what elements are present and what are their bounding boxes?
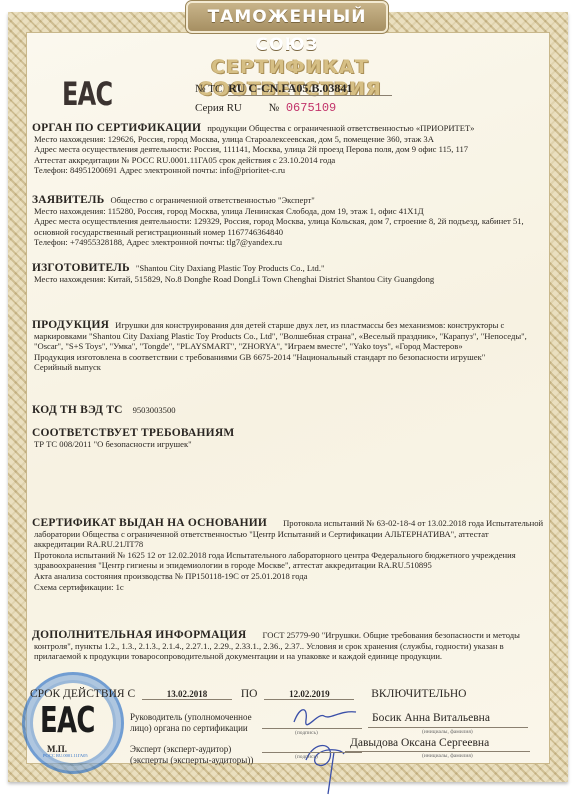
hs-code-value: 9503003500 bbox=[133, 405, 176, 415]
serial-label: № bbox=[269, 102, 280, 114]
section-line: Адрес места осуществления деятельности: … bbox=[32, 216, 549, 227]
stamp-text: РОСС RU.0001.11ГА05 bbox=[43, 753, 88, 758]
section-lead: Общество с ограниченной ответственностью… bbox=[110, 195, 314, 205]
head-name-line bbox=[368, 727, 528, 728]
tc-label: № ТС bbox=[195, 83, 222, 95]
tc-number: № ТС RU C-CN.ГА05.В.03841 bbox=[195, 81, 392, 96]
section-heading: КОД ТН ВЭД ТС bbox=[32, 405, 123, 416]
expert-signature-caption: (подпись) bbox=[295, 754, 318, 760]
head-signature-caption: (подпись) bbox=[295, 730, 318, 736]
manufacturer-section: ИЗГОТОВИТЕЛЬ"Shantou City Daxiang Plasti… bbox=[32, 263, 549, 284]
section-line: Адрес места осуществления деятельности: … bbox=[32, 144, 549, 155]
head-role-line-1: Руководитель (уполномоченное bbox=[130, 712, 253, 723]
section-heading: СЕРТИФИКАТ ВЫДАН НА ОСНОВАНИИ bbox=[32, 518, 267, 529]
validity-to-label: ПО bbox=[241, 688, 258, 700]
head-signature-line bbox=[262, 728, 362, 729]
head-signature-icon bbox=[290, 704, 360, 730]
expert-role-line-1: Эксперт (эксперт-аудитор) bbox=[130, 744, 253, 755]
validity-to-date: 12.02.2019 bbox=[264, 689, 354, 700]
customs-union-badge: ТАМОЖЕННЫЙ СОЮЗ bbox=[186, 1, 388, 33]
validity-from-date: 13.02.2018 bbox=[142, 689, 232, 700]
conformity-section: СООТВЕТСТВУЕТ ТРЕБОВАНИЯМ ТР ТС 008/2011… bbox=[32, 428, 549, 449]
section-line: Продукция изготовлена в соответствии с т… bbox=[32, 352, 549, 363]
section-heading: ПРОДУКЦИЯ bbox=[32, 320, 109, 331]
section-line: Аттестат аккредитации № РОСС RU.0001.11Г… bbox=[32, 155, 549, 166]
section-lead: Протокола испытаний № 63-02-18-4 от 13.0… bbox=[283, 518, 543, 528]
expert-role-line-2: (эксперты (эксперты-аудиторы)) bbox=[130, 755, 253, 766]
section-lead: продукции Общества с ограниченной ответс… bbox=[207, 123, 474, 133]
serial-number: 0675109 bbox=[286, 101, 336, 115]
tc-value: RU C-CN.ГА05.В.03841 bbox=[228, 81, 392, 96]
section-heading: ОРГАН ПО СЕРТИФИКАЦИИ bbox=[32, 123, 201, 134]
head-name-caption: (инициалы, фамилия) bbox=[422, 729, 473, 735]
validity-from-label: СРОК ДЕЙСТВИЯ С bbox=[30, 688, 135, 700]
expert-signature-line bbox=[262, 752, 362, 753]
section-line: Место нахождения: Китай, 515829, No.8 Do… bbox=[32, 274, 549, 285]
section-line: прилагаемой к продукции товаросопроводит… bbox=[32, 651, 549, 662]
section-heading: ИЗГОТОВИТЕЛЬ bbox=[32, 263, 130, 274]
section-lead: ГОСТ 25779-90 "Игрушки. Общие требования… bbox=[262, 630, 519, 640]
section-lead: "Shantou City Daxiang Plastic Toy Produc… bbox=[136, 263, 325, 273]
section-heading: СООТВЕТСТВУЕТ ТРЕБОВАНИЯМ bbox=[32, 428, 234, 439]
applicant-section: ЗАЯВИТЕЛЬОбщество с ограниченной ответст… bbox=[32, 195, 549, 248]
conformity-value: ТР ТС 008/2011 "О безопасности игрушек" bbox=[32, 439, 549, 450]
section-lead: Игрушки для конструирования для детей ст… bbox=[115, 320, 504, 330]
hs-code-section: КОД ТН ВЭД ТС9503003500 bbox=[32, 405, 549, 416]
expert-name: Давыдова Оксана Сергеевна bbox=[350, 737, 489, 749]
head-name: Босик Анна Витальевна bbox=[372, 712, 490, 724]
head-role-line-2: лицо) органа по сертификации bbox=[130, 723, 253, 734]
expert-name-caption: (инициалы, фамилия) bbox=[422, 753, 473, 759]
section-line: Телефон: 84951200691 Адрес электронной п… bbox=[32, 165, 549, 176]
section-heading: ДОПОЛНИТЕЛЬНАЯ ИНФОРМАЦИЯ bbox=[32, 630, 246, 641]
section-line: здравоохранения "Центр гигиены и эпидеми… bbox=[32, 560, 549, 571]
certification-body-section: ОРГАН ПО СЕРТИФИКАЦИИпродукции Общества … bbox=[32, 123, 549, 176]
section-line: Телефон: +74955328188, Адрес электронной… bbox=[32, 237, 549, 248]
expert-name-line bbox=[345, 751, 530, 752]
section-line: Серийный выпуск bbox=[32, 362, 549, 373]
stamp-eac-logo-icon: EAC bbox=[40, 700, 95, 741]
validity-inclusive-label: ВКЛЮЧИТЕЛЬНО bbox=[371, 688, 466, 700]
section-line: Схема сертификации: 1с bbox=[32, 582, 549, 593]
section-line: маркировками "Shantou City Daxiang Plast… bbox=[32, 331, 549, 342]
validity-row: СРОК ДЕЙСТВИЯ С 13.02.2018 ПО 12.02.2019… bbox=[30, 688, 466, 700]
section-line: лаборатории Общества с ограниченной отве… bbox=[32, 529, 549, 540]
section-line: контроля", пункты 1.2., 1.3., 2.1.3., 2.… bbox=[32, 641, 549, 652]
product-section: ПРОДУКЦИЯИгрушки для конструирования для… bbox=[32, 320, 549, 373]
expert-signature-icon bbox=[300, 736, 350, 796]
section-line: Протокола испытаний № 1625 12 от 12.02.2… bbox=[32, 550, 549, 561]
eac-logo-icon: EAC bbox=[62, 75, 112, 113]
section-line: Место нахождения: 115280, Россия, город … bbox=[32, 206, 549, 217]
series-value: RU bbox=[227, 102, 242, 114]
signatures-block: Руководитель (уполномоченное лицо) орган… bbox=[130, 712, 253, 766]
section-heading: ЗАЯВИТЕЛЬ bbox=[32, 195, 104, 206]
section-line: основной государственный регистрационный… bbox=[32, 227, 549, 238]
additional-info-section: ДОПОЛНИТЕЛЬНАЯ ИНФОРМАЦИЯГОСТ 25779-90 "… bbox=[32, 630, 549, 662]
series-row: Серия RU № 0675109 bbox=[195, 101, 336, 115]
section-line: Место нахождения: 129626, Россия, город … bbox=[32, 134, 549, 145]
basis-section: СЕРТИФИКАТ ВЫДАН НА ОСНОВАНИИПротокола и… bbox=[32, 518, 549, 592]
section-line: Акта анализа состояния производства № ПР… bbox=[32, 571, 549, 582]
section-line: "Oscar", "S+S Toys", "Умка", "Tongde", "… bbox=[32, 341, 549, 352]
series-label: Серия bbox=[195, 102, 224, 114]
section-line: аккредитации RA.RU.21ЛТ78 bbox=[32, 539, 549, 550]
